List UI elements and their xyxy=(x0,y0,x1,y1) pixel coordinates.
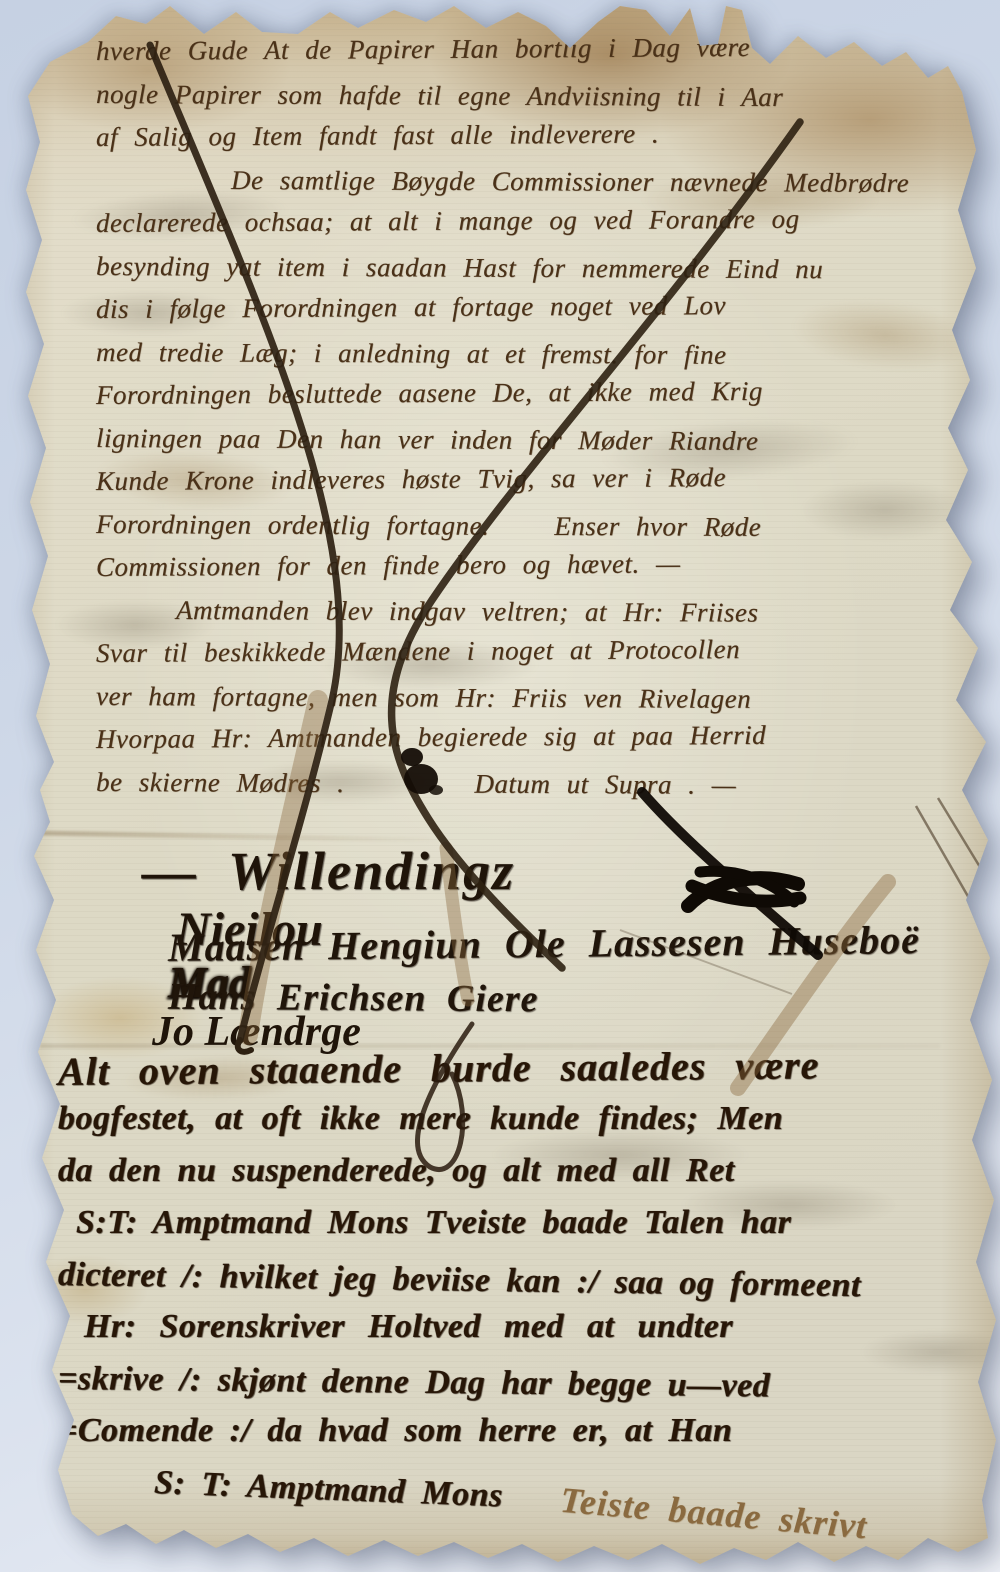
manuscript-line: Alt oven staaende burde saaledes være xyxy=(58,1040,988,1100)
manuscript-line: Svar til beskikkede Mændene i noget at P… xyxy=(96,633,986,681)
lower-text-block: Alt oven staaende burde saaledes værebog… xyxy=(58,1048,988,1516)
manuscript-line: af Salig og Item fandt fast alle indleve… xyxy=(96,117,986,165)
manuscript-line: da den nu suspenderede, og alt med all R… xyxy=(58,1152,988,1204)
signature-scribble xyxy=(692,886,800,901)
signature-line-3: Hans Erichsen Giere xyxy=(168,975,539,1022)
signature-scribble xyxy=(688,878,798,906)
manuscript-line: Hvorpaa Hr: Amtmanden begierede sig at p… xyxy=(96,719,986,767)
manuscript-line: S:T: Amptmand Mons Tveiste baade Talen h… xyxy=(76,1204,988,1256)
upper-text-block: hverde Gude At de Papirer Han bortlig i … xyxy=(96,36,986,810)
hairline-stroke xyxy=(916,806,1000,952)
signature-scribble xyxy=(700,871,794,902)
manuscript-line: declarerede ochsaa; at alt i mange og ve… xyxy=(96,203,986,251)
manuscript-line: be skierne Mødres . Datum ut Supra . — xyxy=(96,767,986,814)
photo-backdrop: hverde Gude At de Papirer Han bortlig i … xyxy=(0,0,1000,1572)
manuscript-line: bogfestet, at oft ikke mere kunde findes… xyxy=(58,1100,988,1152)
signature-flourish: — Willendingz xyxy=(142,841,515,901)
manuscript-line: Kunde Krone indleveres høste Tvig, sa ve… xyxy=(96,461,986,509)
paper-shadow-wrap: hverde Gude At de Papirer Han bortlig i … xyxy=(0,0,1000,1572)
manuscript-line: hverde Gude At de Papirer Han bortlig i … xyxy=(96,31,986,79)
manuscript-line: =skrive /: skjønt denne Dag har begge u—… xyxy=(58,1360,988,1422)
signature-line-2: Maasen Hengiun Ole Lassesen Huseboë xyxy=(168,916,920,971)
manuscript-line: Commissionen for den finde bero og hævet… xyxy=(96,547,986,595)
manuscript-paper: hverde Gude At de Papirer Han bortlig i … xyxy=(0,0,1000,1572)
manuscript-line: Forordningen besluttede aasene De, at ik… xyxy=(96,375,986,423)
manuscript-line: dis i følge Forordningen at fortage noge… xyxy=(96,289,986,337)
